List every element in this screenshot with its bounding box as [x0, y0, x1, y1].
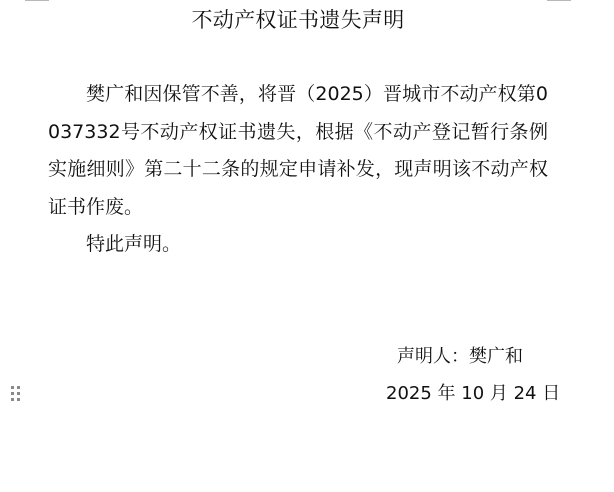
drag-dot	[17, 386, 20, 389]
date-line: 2025 年 10 月 24 日	[386, 381, 560, 407]
top-right-margin-mark	[547, 0, 571, 1]
top-left-margin-mark	[25, 0, 49, 1]
drag-dot	[11, 386, 14, 389]
drag-dot	[11, 398, 14, 401]
drag-dot	[17, 398, 20, 401]
drag-dot	[11, 392, 14, 395]
drag-dot	[17, 392, 20, 395]
drag-handle-icon[interactable]	[11, 386, 21, 401]
signature-line: 声明人：樊广和	[397, 344, 523, 370]
document-page: 不动产权证书遗失声明 樊广和因保管不善，将晋（2025）晋城市不动产权第0037…	[0, 0, 614, 492]
document-title: 不动产权证书遗失声明	[0, 6, 596, 34]
closing-paragraph: 特此声明。	[48, 226, 548, 264]
declaration-paragraph: 樊广和因保管不善，将晋（2025）晋城市不动产权第0037332号不动产权证书遗…	[48, 76, 548, 226]
document-body: 樊广和因保管不善，将晋（2025）晋城市不动产权第0037332号不动产权证书遗…	[48, 76, 548, 264]
